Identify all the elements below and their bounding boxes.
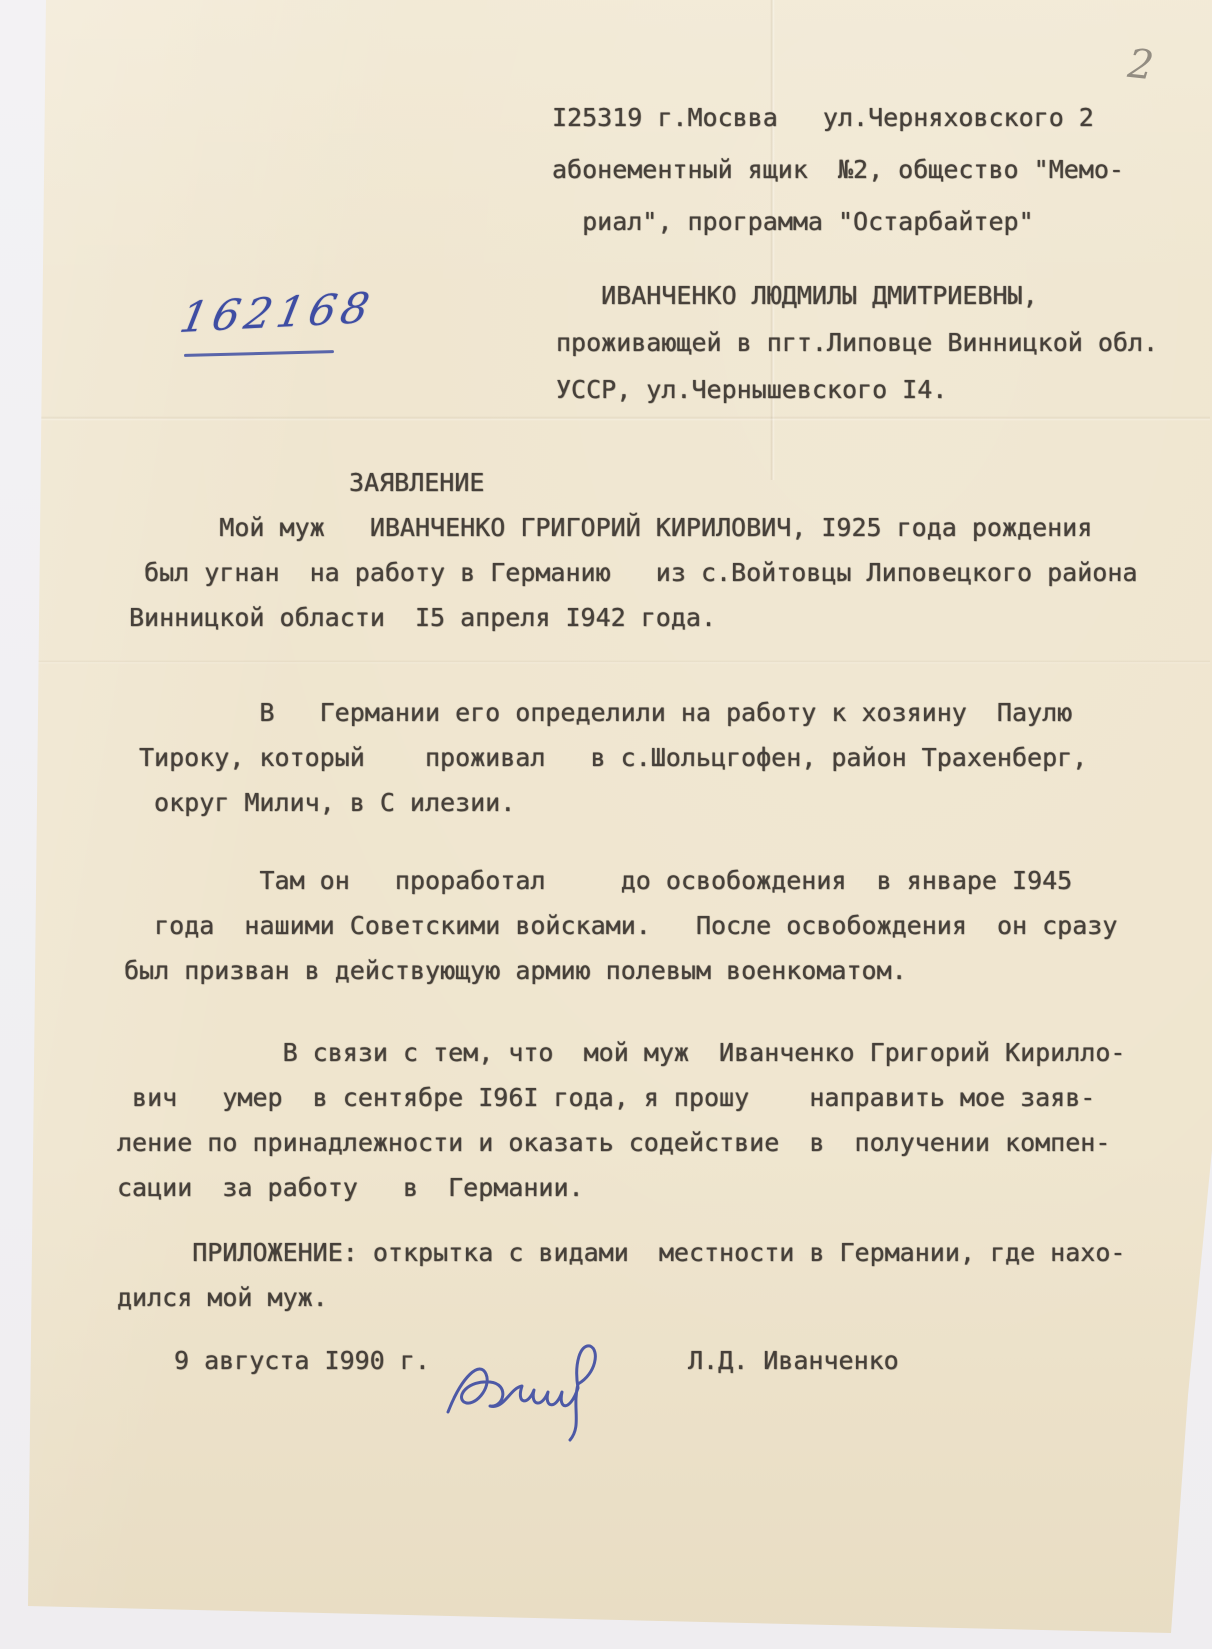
fold-crease-horizontal-mid [30,660,1210,664]
typed-line: был призван в действующую армию полевым … [124,948,1117,993]
typed-line: проживающей в пгт.Липовце Винницкой обл. [556,319,1158,366]
paragraph-employer: В Германии его определили на работу к хо… [139,690,1087,825]
document-title: ЗАЯВЛЕНИЕ [349,460,484,505]
applicant-address-block: ИВАНЧЕНКО ЛЮДМИЛЫ ДМИТРИЕВНЫ,проживающей… [556,272,1158,413]
typed-line: Винницкой области I5 апреля I942 года. [129,595,1137,640]
typed-line: дился мой муж. [117,1275,1125,1320]
paragraph-liberation: Там он проработал до освобождения в янва… [124,858,1117,993]
handwritten-registration-number: 162168 [176,283,378,342]
registration-underline [184,350,334,357]
handwritten-signature [440,1316,615,1451]
document-scan: 2 I25319 г.Мосвва ул.Черняховского 2абон… [0,0,1212,1649]
typed-line: Там он проработал до освобождения в янва… [124,858,1117,903]
typed-line: был угнан на работу в Германию из с.Войт… [129,550,1137,595]
page-number-pencil: 2 [1126,41,1156,89]
paper-sheet: 2 I25319 г.Мосвва ул.Черняховского 2абон… [0,0,1212,1649]
typed-line: В Германии его определили на работу к хо… [139,690,1087,735]
typed-line: риал", программа "Остарбайтер" [552,196,1124,248]
typed-line: ПРИЛОЖЕНИЕ: открытка с видами местности … [117,1230,1125,1275]
paragraph-request: В связи с тем, что мой муж Иванченко Гри… [117,1030,1125,1210]
typed-line: I25319 г.Мосвва ул.Черняховского 2 [552,92,1124,144]
document-date: 9 августа I990 г. [174,1338,430,1383]
typed-line: Мой муж ИВАНЧЕНКО ГРИГОРИЙ КИРИЛОВИЧ, I9… [129,505,1137,550]
fold-crease-horizontal-upper [30,416,1210,421]
typed-line: ИВАНЧЕНКО ЛЮДМИЛЫ ДМИТРИЕВНЫ, [556,272,1158,319]
attachment-note: ПРИЛОЖЕНИЕ: открытка с видами местности … [117,1230,1125,1320]
signatory-name: Л.Д. Иванченко [688,1338,899,1383]
typed-line: В связи с тем, что мой муж Иванченко Гри… [117,1030,1125,1075]
typed-line: округ Милич, в С илезии. [139,780,1087,825]
typed-line: года нашими Советскими войсками. После о… [124,903,1117,948]
typed-line: ление по принадлежности и оказать содейс… [117,1120,1125,1165]
typed-line: Тироку, который проживал в с.Шольцгофен,… [139,735,1087,780]
recipient-address-block: I25319 г.Мосвва ул.Черняховского 2абонем… [552,92,1124,248]
typed-line: УССР, ул.Чернышевского I4. [556,366,1158,413]
typed-line: сации за работу в Германии. [117,1165,1125,1210]
typed-line: абонементный ящик №2, общество "Мемо- [552,144,1124,196]
typed-line: вич умер в сентябре I96I года, я прошу н… [117,1075,1125,1120]
paragraph-deportation: Мой муж ИВАНЧЕНКО ГРИГОРИЙ КИРИЛОВИЧ, I9… [129,505,1137,640]
